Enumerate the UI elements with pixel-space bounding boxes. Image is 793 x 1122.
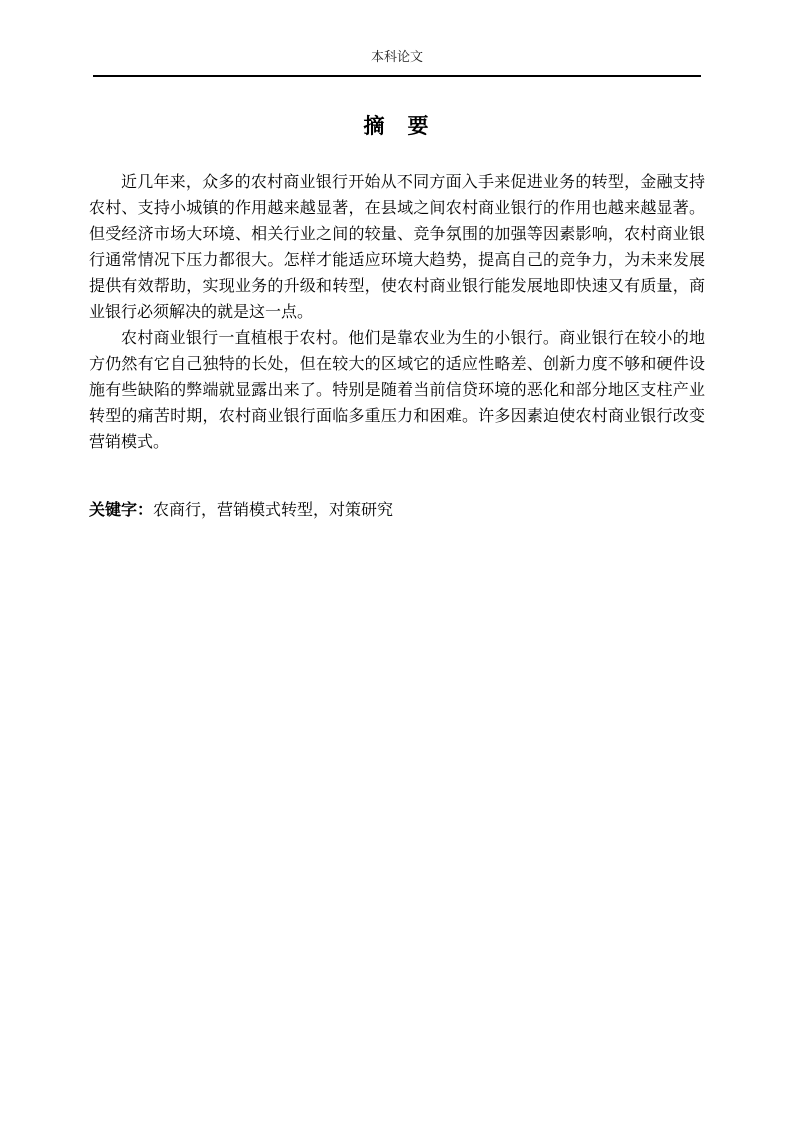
running-header-text: 本科论文 (371, 49, 423, 64)
keywords-label: 关键字： (89, 502, 153, 519)
abstract-paragraph: 近几年来，众多的农村商业银行开始从不同方面入手来促进业务的转型，金融支持农村、支… (89, 170, 705, 326)
abstract-paragraph: 农村商业银行一直植根于农村。他们是靠农业为生的小银行。商业银行在较小的地方仍然有… (89, 326, 705, 456)
page-title: 摘 要 (0, 112, 793, 142)
running-header: 本科论文 (93, 48, 701, 77)
document-page: 本科论文 摘 要 近几年来，众多的农村商业银行开始从不同方面入手来促进业务的转型… (0, 0, 793, 1122)
abstract-body: 近几年来，众多的农村商业银行开始从不同方面入手来促进业务的转型，金融支持农村、支… (89, 170, 705, 456)
keywords-value: 农商行，营销模式转型，对策研究 (153, 502, 393, 519)
keywords-line: 关键字：农商行，营销模式转型，对策研究 (89, 498, 705, 524)
